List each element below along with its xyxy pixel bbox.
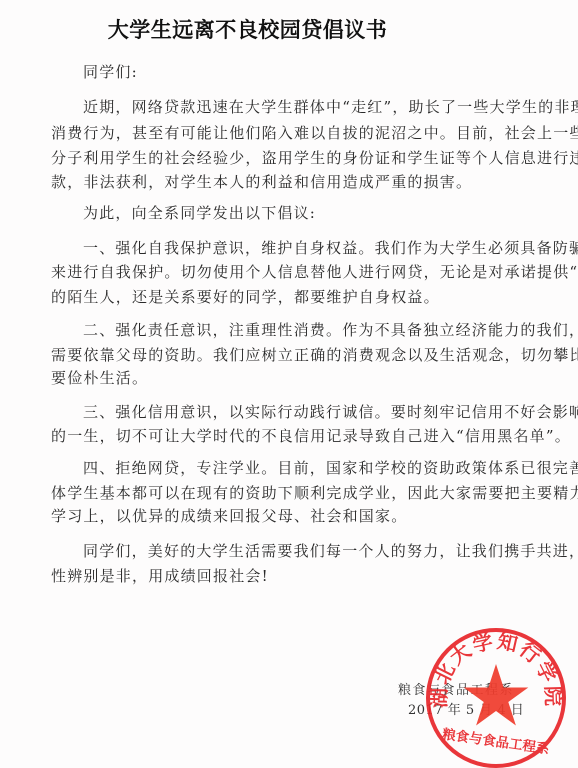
- text-line: 款，非法获利，对学生本人的利益和信用造成严重的损害。: [51, 173, 497, 191]
- text-line: 学习上，以优异的成绩来回报父母、社会和国家。: [51, 507, 497, 525]
- text-line: 为此，向全系同学发出以下倡议:: [83, 204, 497, 222]
- text-line: 四、拒绝网贷，专注学业。目前，国家和学校的资助政策体系已很完善，全: [83, 459, 497, 477]
- text-line: 消费行为，甚至有可能让他们陷入难以自拔的泥沼之中。目前，社会上一些不法: [51, 124, 497, 142]
- salutation: 同学们:: [83, 63, 529, 81]
- text-line: 近期，网络贷款迅速在大学生群体中“走红”，助长了一些大学生的非理性: [83, 98, 497, 116]
- text-line: 二、强化责任意识，注重理性消费。作为不具备独立经济能力的我们，仍然: [83, 321, 497, 339]
- text-line: 性辨别是非，用成绩回报社会!: [51, 567, 497, 585]
- official-seal-stamp: 湖北大学知行学院 粮食与食品工程系: [424, 626, 568, 768]
- text-line: 的陌生人，还是关系要好的同学，都要维护自身权益。: [51, 288, 497, 306]
- text-line: 分子利用学生的社会经验少，盗用学生的身份证和学生证等个人信息进行违规贷: [51, 149, 497, 167]
- text-line: 的一生，切不可让大学时代的不良信用记录导致自己进入“信用黑名单”。: [51, 427, 497, 445]
- star-icon: [464, 664, 529, 726]
- text-line: 来进行自我保护。切勿使用个人信息替他人进行网贷，无论是对承诺提供“好处”: [51, 263, 497, 281]
- document-title: 大学生远离不良校园贷倡议书: [0, 14, 495, 44]
- text-line: 需要依靠父母的资助。我们应树立正确的消费观念以及生活观念，切勿攀比消费，: [51, 346, 497, 364]
- text-line: 要俭朴生活。: [51, 369, 497, 387]
- text-line: 一、强化自我保护意识，维护自身权益。我们作为大学生必须具备防骗意识: [83, 239, 497, 257]
- document-page: 大学生远离不良校园贷倡议书 同学们: 近期，网络贷款迅速在大学生群体中“走红”，…: [0, 0, 578, 768]
- text-line: 同学们，美好的大学生活需要我们每一个人的努力，让我们携手共进，用理: [83, 542, 497, 560]
- text-line: 体学生基本都可以在现有的资助下顺利完成学业，因此大家需要把主要精力放在: [51, 484, 497, 502]
- text-line: 三、强化信用意识，以实际行动践行诚信。要时刻牢记信用不好会影响自己: [83, 403, 497, 421]
